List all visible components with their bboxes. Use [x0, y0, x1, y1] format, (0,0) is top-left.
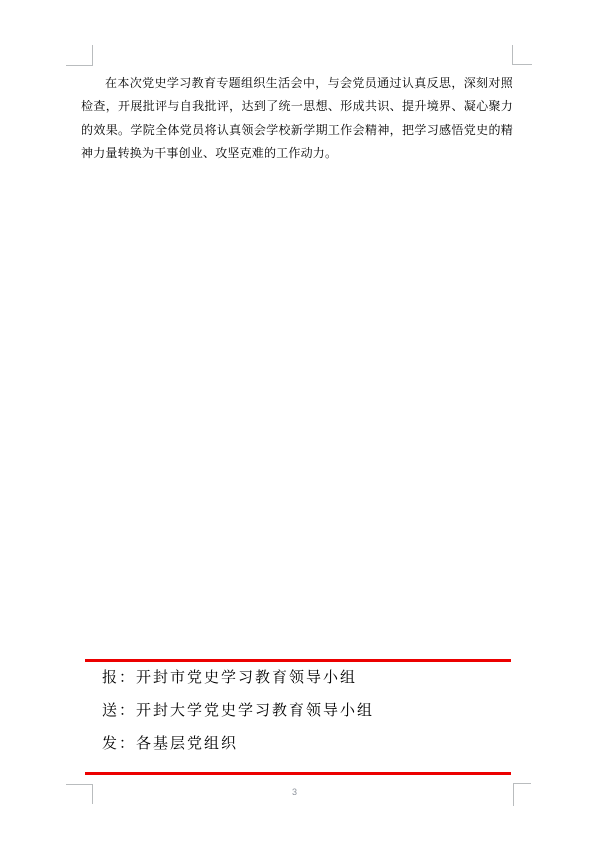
paragraph-line: 神力量转换为干事创业、攻坚克难的工作动力。	[81, 142, 513, 165]
crop-mark-top-left-icon	[66, 45, 93, 66]
distribute-to-line: 发：各基层党组织	[85, 728, 511, 761]
paragraph-line: 的效果。学院全体党员将认真领会学校新学期工作会精神，把学习感悟党史的精	[81, 119, 513, 142]
red-separator-bottom	[85, 772, 511, 775]
body-paragraph: 在本次党史学习教育专题组织生活会中，与会党员通过认真反思，深刻对照 检查，开展批…	[81, 72, 513, 166]
distribution-block: 报：开封市党史学习教育领导小组 送：开封大学党史学习教育领导小组 发：各基层党组…	[85, 662, 511, 761]
crop-mark-top-right-icon	[512, 45, 532, 65]
report-to-line: 报：开封市党史学习教育领导小组	[85, 662, 511, 695]
page-number: 3	[0, 787, 589, 798]
paragraph-line: 在本次党史学习教育专题组织生活会中，与会党员通过认真反思，深刻对照	[81, 72, 513, 95]
paragraph-line: 检查，开展批评与自我批评，达到了统一思想、形成共识、提升境界、凝心聚力	[81, 95, 513, 118]
send-to-line: 送：开封大学党史学习教育领导小组	[85, 695, 511, 728]
document-page: 在本次党史学习教育专题组织生活会中，与会党员通过认真反思，深刻对照 检查，开展批…	[0, 0, 589, 845]
